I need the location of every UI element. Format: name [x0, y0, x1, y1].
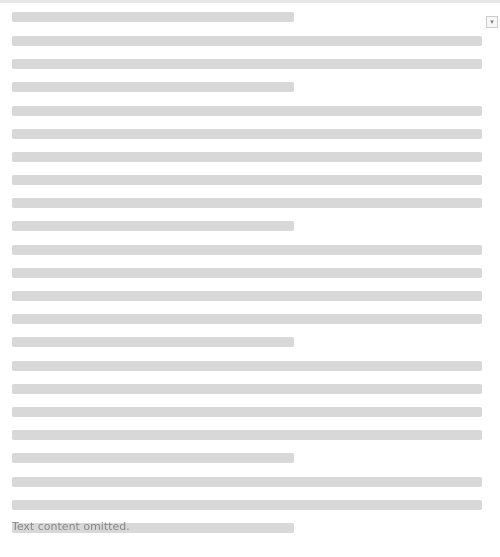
text-line-placeholder: [12, 291, 482, 301]
text-line-placeholder: [12, 129, 482, 139]
text-line-placeholder: [12, 500, 482, 510]
text-line-placeholder: [12, 314, 482, 324]
text-line-placeholder: [12, 36, 482, 46]
paragraph: [12, 106, 482, 231]
text-line-placeholder: [12, 384, 482, 394]
paragraph: [12, 36, 482, 92]
text-line-placeholder: [12, 477, 482, 487]
text-line-placeholder: [12, 59, 482, 69]
dropdown-toggle-icon[interactable]: ▾: [486, 16, 498, 28]
text-line-placeholder: [12, 268, 482, 278]
paragraph: [12, 12, 482, 22]
text-line-placeholder: [12, 82, 294, 92]
text-line-placeholder: [12, 245, 482, 255]
text-line-placeholder: [12, 198, 482, 208]
paragraph: [12, 361, 482, 463]
text-line-placeholder: [12, 175, 482, 185]
top-border: [0, 0, 500, 3]
text-line-placeholder: [12, 337, 294, 347]
text-line-placeholder: [12, 407, 482, 417]
text-line-placeholder: [12, 430, 482, 440]
text-line-placeholder: [12, 453, 294, 463]
document-body: [12, 12, 482, 547]
paragraph: [12, 245, 482, 347]
text-line-placeholder: [12, 106, 482, 116]
text-line-placeholder: [12, 361, 482, 371]
text-line-placeholder: [12, 12, 294, 22]
text-line-placeholder: [12, 152, 482, 162]
omission-notice: Text content omitted.: [12, 520, 130, 533]
text-line-placeholder: [12, 221, 294, 231]
